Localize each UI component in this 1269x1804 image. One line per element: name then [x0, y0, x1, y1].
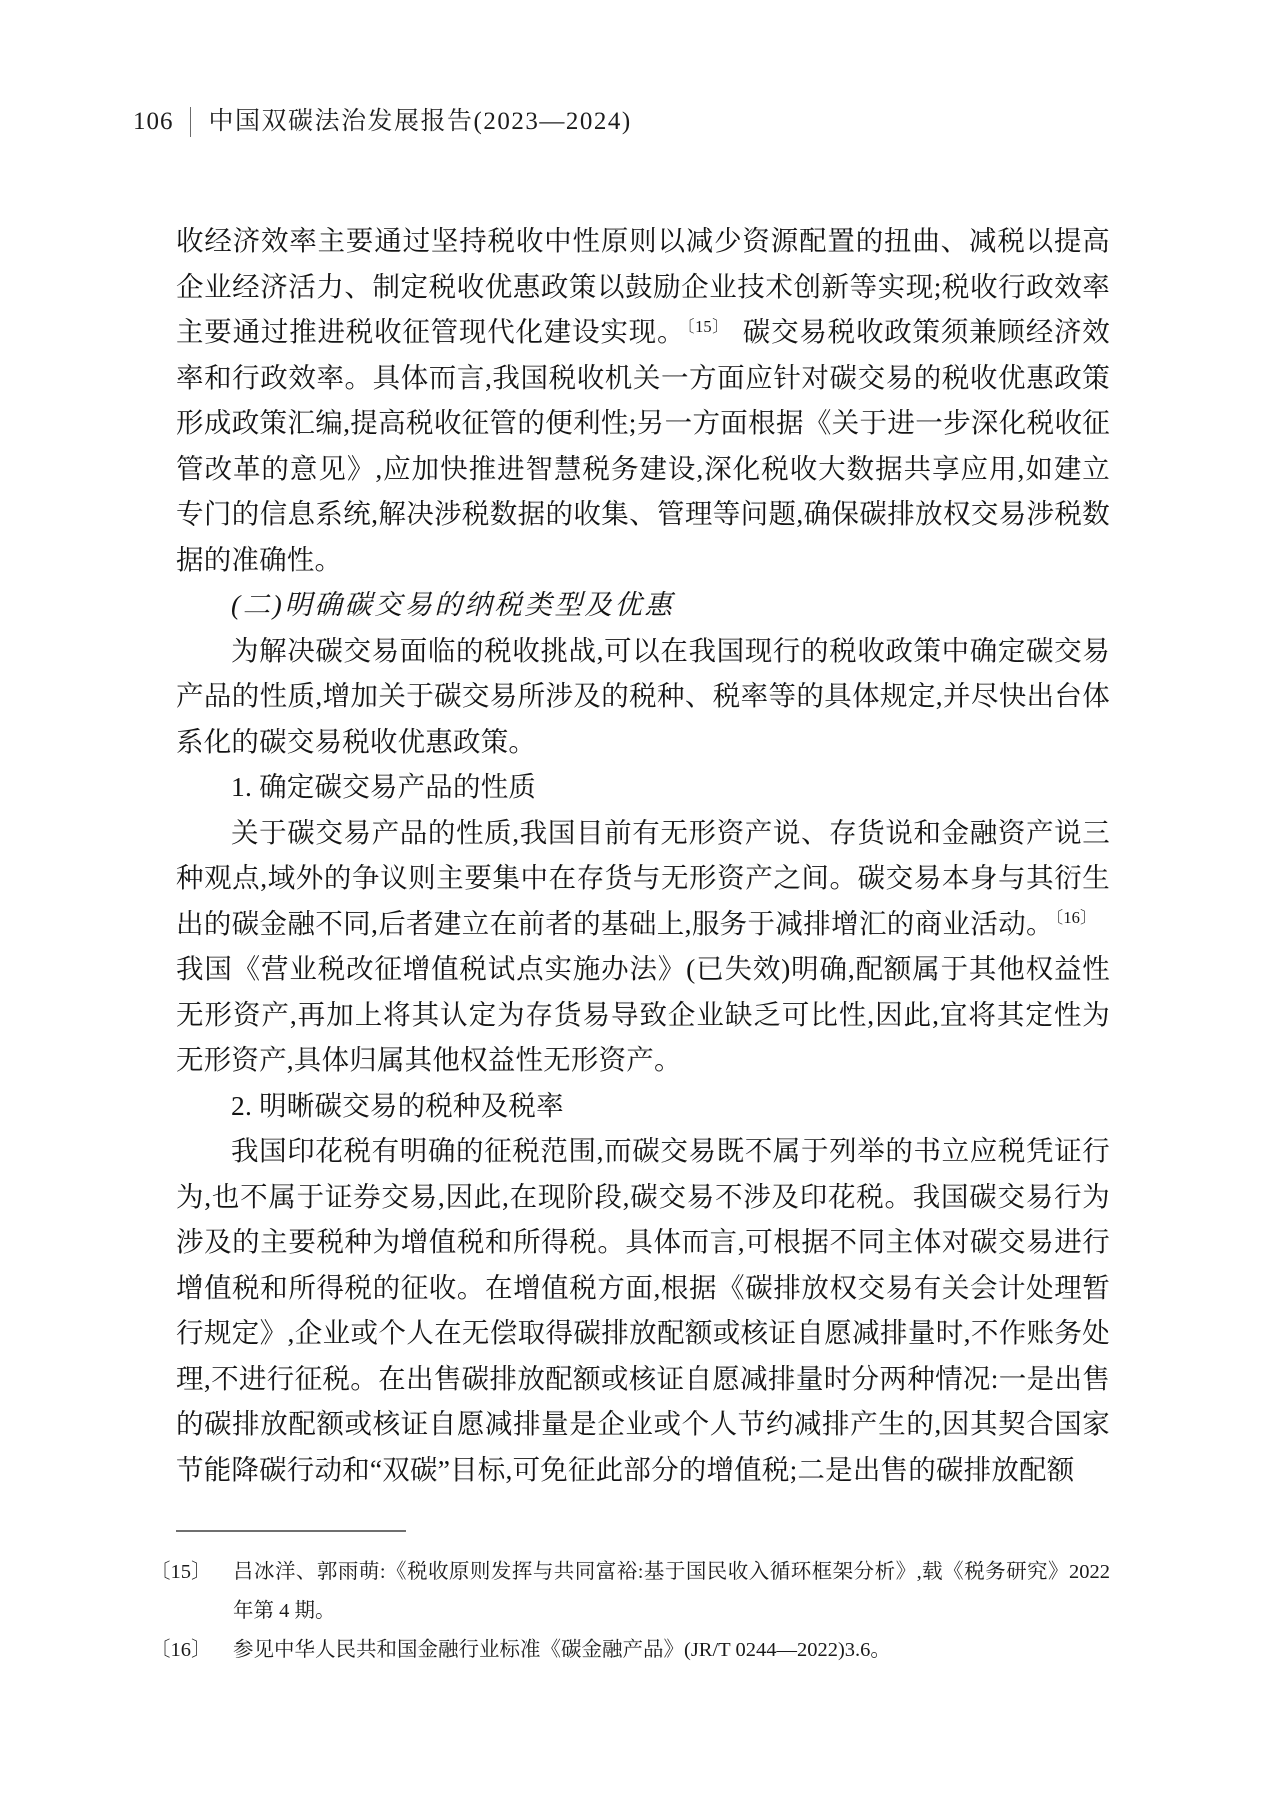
section-heading: (二)明确碳交易的纳税类型及优惠: [176, 582, 1110, 628]
page-number: 106: [133, 103, 174, 141]
footnote-marker: 〔15〕: [150, 1553, 233, 1631]
header-divider: [190, 107, 191, 137]
paragraph: 为解决碳交易面临的税收挑战,可以在我国现行的税收政策中确定碳交易产品的性质,增加…: [176, 628, 1110, 765]
paragraph-text: 我国《营业税改征增值税试点实施办法》(已失效)明确,配额属于其他权益性无形资产,…: [176, 953, 1110, 1075]
paragraph: 我国印花税有明确的征税范围,而碳交易既不属于列举的书立应税凭证行为,也不属于证券…: [176, 1128, 1110, 1492]
subheading-1: 1. 确定碳交易产品的性质: [176, 764, 1110, 810]
footnotes: 〔15〕 吕冰洋、郭雨萌:《税收原则发挥与共同富裕:基于国民收入循环框架分析》,…: [150, 1530, 1110, 1670]
running-header: 106 中国双碳法治发展报告(2023—2024): [133, 103, 632, 141]
paragraph: 关于碳交易产品的性质,我国目前有无形资产说、存货说和金融资产说三种观点,域外的争…: [176, 810, 1110, 1083]
footnote-text: 参见中华人民共和国金融行业标准《碳金融产品》(JR/T 0244—2022)3.…: [233, 1631, 1110, 1670]
footnote-ref-16: 〔16〕: [1055, 908, 1097, 927]
book-page: 106 中国双碳法治发展报告(2023—2024) 收经济效率主要通过坚持税收中…: [0, 0, 1269, 1804]
subheading-2: 2. 明晰碳交易的税种及税率: [176, 1083, 1110, 1129]
footnote-text: 吕冰洋、郭雨萌:《税收原则发挥与共同富裕:基于国民收入循环框架分析》,载《税务研…: [233, 1553, 1110, 1631]
book-title: 中国双碳法治发展报告(2023—2024): [209, 103, 632, 141]
body-text: 收经济效率主要通过坚持税收中性原则以减少资源配置的扭曲、减税以提高企业经济活力、…: [176, 218, 1110, 1492]
paragraph-text: 关于碳交易产品的性质,我国目前有无形资产说、存货说和金融资产说三种观点,域外的争…: [176, 817, 1110, 939]
footnote-ref-15: 〔15〕: [686, 317, 729, 336]
footnote-16: 〔16〕 参见中华人民共和国金融行业标准《碳金融产品》(JR/T 0244—20…: [150, 1631, 1110, 1670]
footnote-marker: 〔16〕: [150, 1631, 233, 1670]
paragraph-text: 碳交易税收政策须兼顾经济效率和行政效率。具体而言,我国税收机关一方面应针对碳交易…: [176, 316, 1110, 575]
paragraph-continuation: 收经济效率主要通过坚持税收中性原则以减少资源配置的扭曲、减税以提高企业经济活力、…: [176, 218, 1110, 582]
footnote-15: 〔15〕 吕冰洋、郭雨萌:《税收原则发挥与共同富裕:基于国民收入循环框架分析》,…: [150, 1553, 1110, 1631]
footnote-separator: [176, 1530, 406, 1532]
